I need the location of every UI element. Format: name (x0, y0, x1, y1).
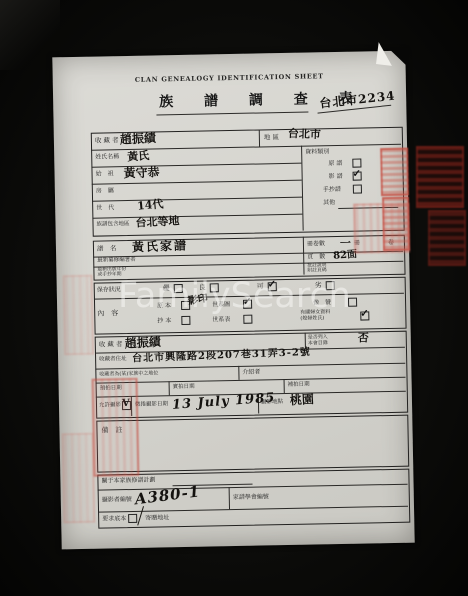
introducer-label: 介紹者 (242, 369, 260, 375)
collector2-label: 收 藏 者 (99, 341, 123, 348)
content-manuscript-checkbox (181, 316, 190, 325)
content-table-checkbox (243, 315, 252, 324)
title-underline (156, 112, 308, 116)
area-value: 台北等地 (135, 215, 180, 228)
red-seal-on-black (428, 210, 466, 266)
check-mark: ✓ (353, 169, 362, 180)
category-photocopy-label: 影 譜 (329, 174, 343, 180)
reshoot-date-label: 補拍日期 (288, 383, 310, 389)
category-other-label: 其他 (323, 200, 335, 206)
red-seal-stamp-margin (62, 433, 96, 524)
branch-label: 房 屬 (96, 188, 114, 194)
surname-label: 姓氏名稱 (95, 154, 119, 160)
content-women-checkbox: ✓ (360, 311, 369, 320)
photo-background: CLAN GENEALOGY IDENTIFICATION SHEET 族 譜 … (0, 0, 468, 596)
volume-unit2: 卷 (388, 240, 394, 246)
category-header: 資料類別 (305, 149, 329, 155)
permit-mark: V (122, 398, 130, 409)
category-original-checkbox (352, 159, 361, 168)
listed-label-2: 本會目錄 (308, 341, 328, 346)
remarks-label: 備 註 (101, 427, 122, 434)
content-table-label: 世系表 (212, 317, 230, 323)
region-label: 地 區 (264, 134, 279, 141)
volume-value: 一 (340, 238, 351, 249)
ancestor-label: 始 祖 (96, 171, 114, 177)
category-original-label: 原 譜 (328, 161, 342, 167)
location-label: 攝影地點 (261, 400, 283, 406)
pages-label: 頁 數 (307, 254, 325, 260)
collector-label: 收 藏 者 (95, 137, 119, 144)
content-label: 內 容 (97, 310, 118, 317)
red-seal-stamp-margin (62, 275, 94, 356)
familysearch-watermark: FamilySearch (118, 276, 351, 316)
address-label: 收藏者住址 (99, 357, 127, 363)
region-value: 台北市 (288, 128, 321, 140)
red-seal-on-black (416, 146, 464, 208)
preshoot-date-label: 預拍日期 (100, 386, 122, 392)
society-no-label: 家譜學會編號 (233, 494, 269, 501)
category-photocopy-checkbox: ✓ (353, 172, 362, 181)
permit-label: 允許攝影 (99, 403, 121, 409)
donate-address-label: 寄贈地址 (145, 515, 169, 521)
paper-corner-fold (376, 42, 395, 66)
plan-label: 關于本家族修譜計劃 (101, 478, 155, 485)
editor-label: 最新纂修編著者 (97, 258, 136, 264)
ancestor-value: 黃守恭 (123, 166, 159, 179)
film-date-label: 微捲攝影日期 (135, 402, 168, 408)
book-title-value: 黃氏家譜 (132, 239, 188, 253)
content-manuscript-label: 抄 本 (157, 318, 171, 324)
generation-value: 14代 (137, 198, 164, 211)
listed-value: 否 (358, 332, 369, 343)
location-value: 桃園 (290, 393, 315, 406)
note-label-2: 附註頁碼 (307, 269, 326, 274)
sheet-title-english: CLAN GENEALOGY IDENTIFICATION SHEET (135, 73, 324, 83)
category-manuscript-label: 手抄譜 (323, 187, 341, 193)
request-copy-checkbox (128, 514, 137, 523)
pages-value: 82面 (333, 250, 358, 262)
photographer-no-label: 攝影者編號 (102, 497, 132, 504)
check-mark: ✓ (360, 308, 369, 319)
collector2-value: 趙振績 (125, 336, 162, 350)
request-copy-label: 要求底本 (102, 516, 126, 522)
permit-checkbox: V (122, 401, 131, 410)
generation-label: 世 代 (96, 205, 114, 211)
shoot-date-label: 實拍日期 (173, 385, 195, 391)
content-women-label-2: (媳婦姓氏) (300, 316, 324, 321)
remarks-border (96, 415, 409, 473)
volume-unit1: 冊 (354, 241, 360, 247)
area-label: 族譜包含地區 (96, 222, 129, 228)
collector-value: 趙振績 (120, 132, 157, 146)
volume-label: 冊卷數 (307, 241, 325, 247)
category-manuscript-checkbox (353, 185, 362, 194)
surname-value: 黃氏 (127, 150, 150, 163)
book-title-label: 譜 名 (97, 245, 117, 252)
